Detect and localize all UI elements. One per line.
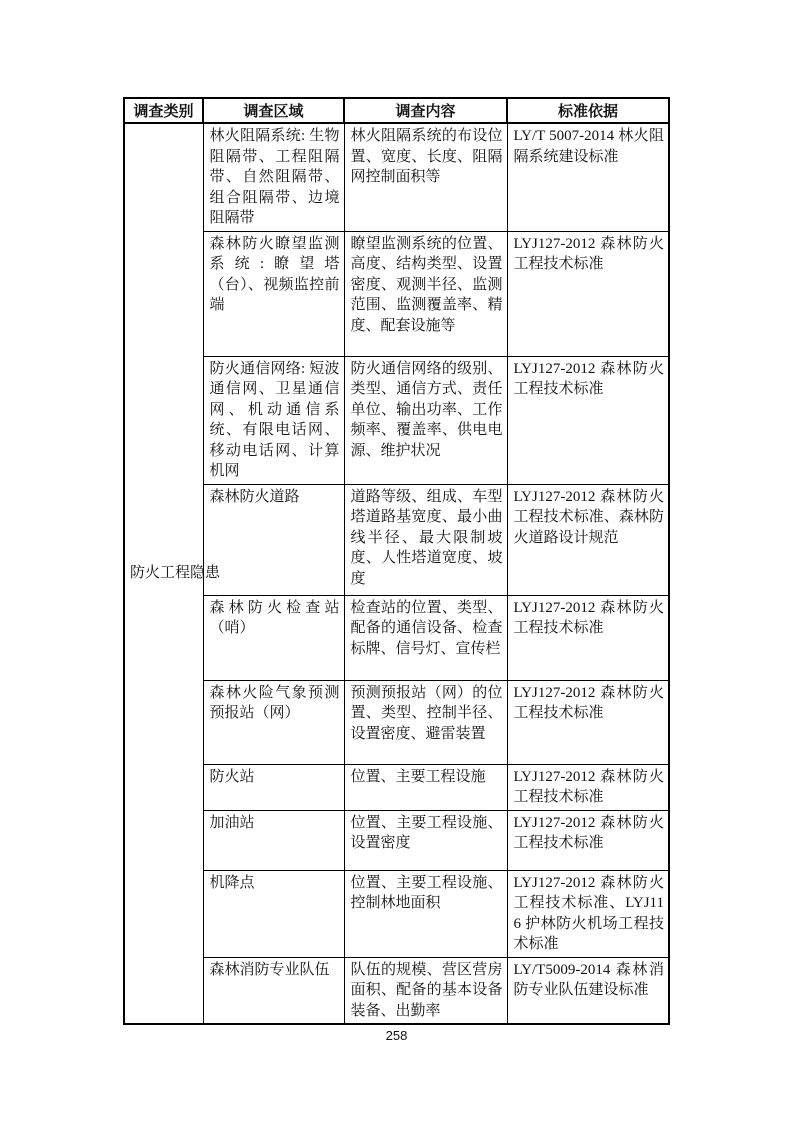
region-cell: 森林防火检查站（哨） <box>203 595 344 680</box>
col-header-region: 调查区域 <box>203 98 344 123</box>
standard-cell: LYJ127-2012 森林防火工程技术标准 <box>507 680 669 764</box>
category-cell: 防火工程隐患 <box>124 123 203 1024</box>
page-number: 258 <box>0 1028 793 1043</box>
table-row: 森林火险气象预测预报站（网） 预测预报站（网）的位置、类型、控制半径、设置密度、… <box>124 680 669 764</box>
content-cell: 瞭望监测系统的位置、高度、结构类型、设置密度、观测半径、监测范围、监测覆盖率、精… <box>344 231 507 356</box>
standard-cell: LY/T 5007-2014 林火阻隔系统建设标准 <box>507 123 669 231</box>
content-cell: 林火阻隔系统的布设位置、宽度、长度、阻隔网控制面积等 <box>344 123 507 231</box>
content-cell: 检查站的位置、类型、配备的通信设备、检查标牌、信号灯、宣传栏 <box>344 595 507 680</box>
standard-cell: LYJ127-2012 森林防火工程技术标准 <box>507 231 669 356</box>
region-cell: 森林火险气象预测预报站（网） <box>203 680 344 764</box>
table-row: 机降点 位置、主要工程设施、控制林地面积 LYJ127-2012 森林防火工程技… <box>124 870 669 957</box>
col-header-standard: 标准依据 <box>507 98 669 123</box>
region-cell: 森林防火道路 <box>203 484 344 595</box>
table-row: 防火站 位置、主要工程设施 LYJ127-2012 森林防火工程技术标准 <box>124 764 669 810</box>
document-page: 调查类别 调查区域 调查内容 标准依据 防火工程隐患 林火阻隔系统: 生物阻隔带… <box>0 0 793 1122</box>
region-cell: 林火阻隔系统: 生物阻隔带、工程阻隔带、自然阻隔带、组合阻隔带、边境阻隔带 <box>203 123 344 231</box>
region-cell: 森林消防专业队伍 <box>203 957 344 1024</box>
standard-cell: LYJ127-2012 森林防火工程技术标准 <box>507 764 669 810</box>
region-cell: 森林防火瞭望监测系统:瞭望塔（台）、视频监控前端 <box>203 231 344 356</box>
region-cell: 机降点 <box>203 870 344 957</box>
table-row: 防火工程隐患 林火阻隔系统: 生物阻隔带、工程阻隔带、自然阻隔带、组合阻隔带、边… <box>124 123 669 231</box>
standard-cell: LYJ127-2012 森林防火工程技术标准 <box>507 356 669 484</box>
content-cell: 位置、主要工程设施、控制林地面积 <box>344 870 507 957</box>
content-cell: 位置、主要工程设施、设置密度 <box>344 810 507 870</box>
content-cell: 预测预报站（网）的位置、类型、控制半径、设置密度、避雷装置 <box>344 680 507 764</box>
content-cell: 防火通信网络的级别、类型、通信方式、责任单位、输出功率、工作频率、覆盖率、供电电… <box>344 356 507 484</box>
col-header-category: 调查类别 <box>124 98 203 123</box>
content-cell: 位置、主要工程设施 <box>344 764 507 810</box>
table-row: 森林防火检查站（哨） 检查站的位置、类型、配备的通信设备、检查标牌、信号灯、宣传… <box>124 595 669 680</box>
region-cell: 加油站 <box>203 810 344 870</box>
region-cell: 防火通信网络: 短波通信网、卫星通信网、机动通信系统、有限电话网、移动电话网、计… <box>203 356 344 484</box>
content-cell: 队伍的规模、营区营房面积、配备的基本设备装备、出勤率 <box>344 957 507 1024</box>
standard-cell: LYJ127-2012 森林防火工程技术标准、LYJ116 护林防火机场工程技术… <box>507 870 669 957</box>
content-cell: 道路等级、组成、车型塔道路基宽度、最小曲线半径、最大限制坡度、人性塔道宽度、坡度 <box>344 484 507 595</box>
table-row: 加油站 位置、主要工程设施、设置密度 LYJ127-2012 森林防火工程技术标… <box>124 810 669 870</box>
standard-cell: LY/T5009-2014 森林消防专业队伍建设标准 <box>507 957 669 1024</box>
standard-cell: LYJ127-2012 森林防火工程技术标准 <box>507 595 669 680</box>
col-header-content: 调查内容 <box>344 98 507 123</box>
survey-table: 调查类别 调查区域 调查内容 标准依据 防火工程隐患 林火阻隔系统: 生物阻隔带… <box>123 97 670 1025</box>
standard-cell: LYJ127-2012 森林防火工程技术标准 <box>507 810 669 870</box>
standard-cell: LYJ127-2012 森林防火工程技术标准、森林防火道路设计规范 <box>507 484 669 595</box>
header-row: 调查类别 调查区域 调查内容 标准依据 <box>124 98 669 123</box>
table-row: 森林防火瞭望监测系统:瞭望塔（台）、视频监控前端 瞭望监测系统的位置、高度、结构… <box>124 231 669 356</box>
table-row: 森林消防专业队伍 队伍的规模、营区营房面积、配备的基本设备装备、出勤率 LY/T… <box>124 957 669 1024</box>
table-row: 防火通信网络: 短波通信网、卫星通信网、机动通信系统、有限电话网、移动电话网、计… <box>124 356 669 484</box>
region-cell: 防火站 <box>203 764 344 810</box>
